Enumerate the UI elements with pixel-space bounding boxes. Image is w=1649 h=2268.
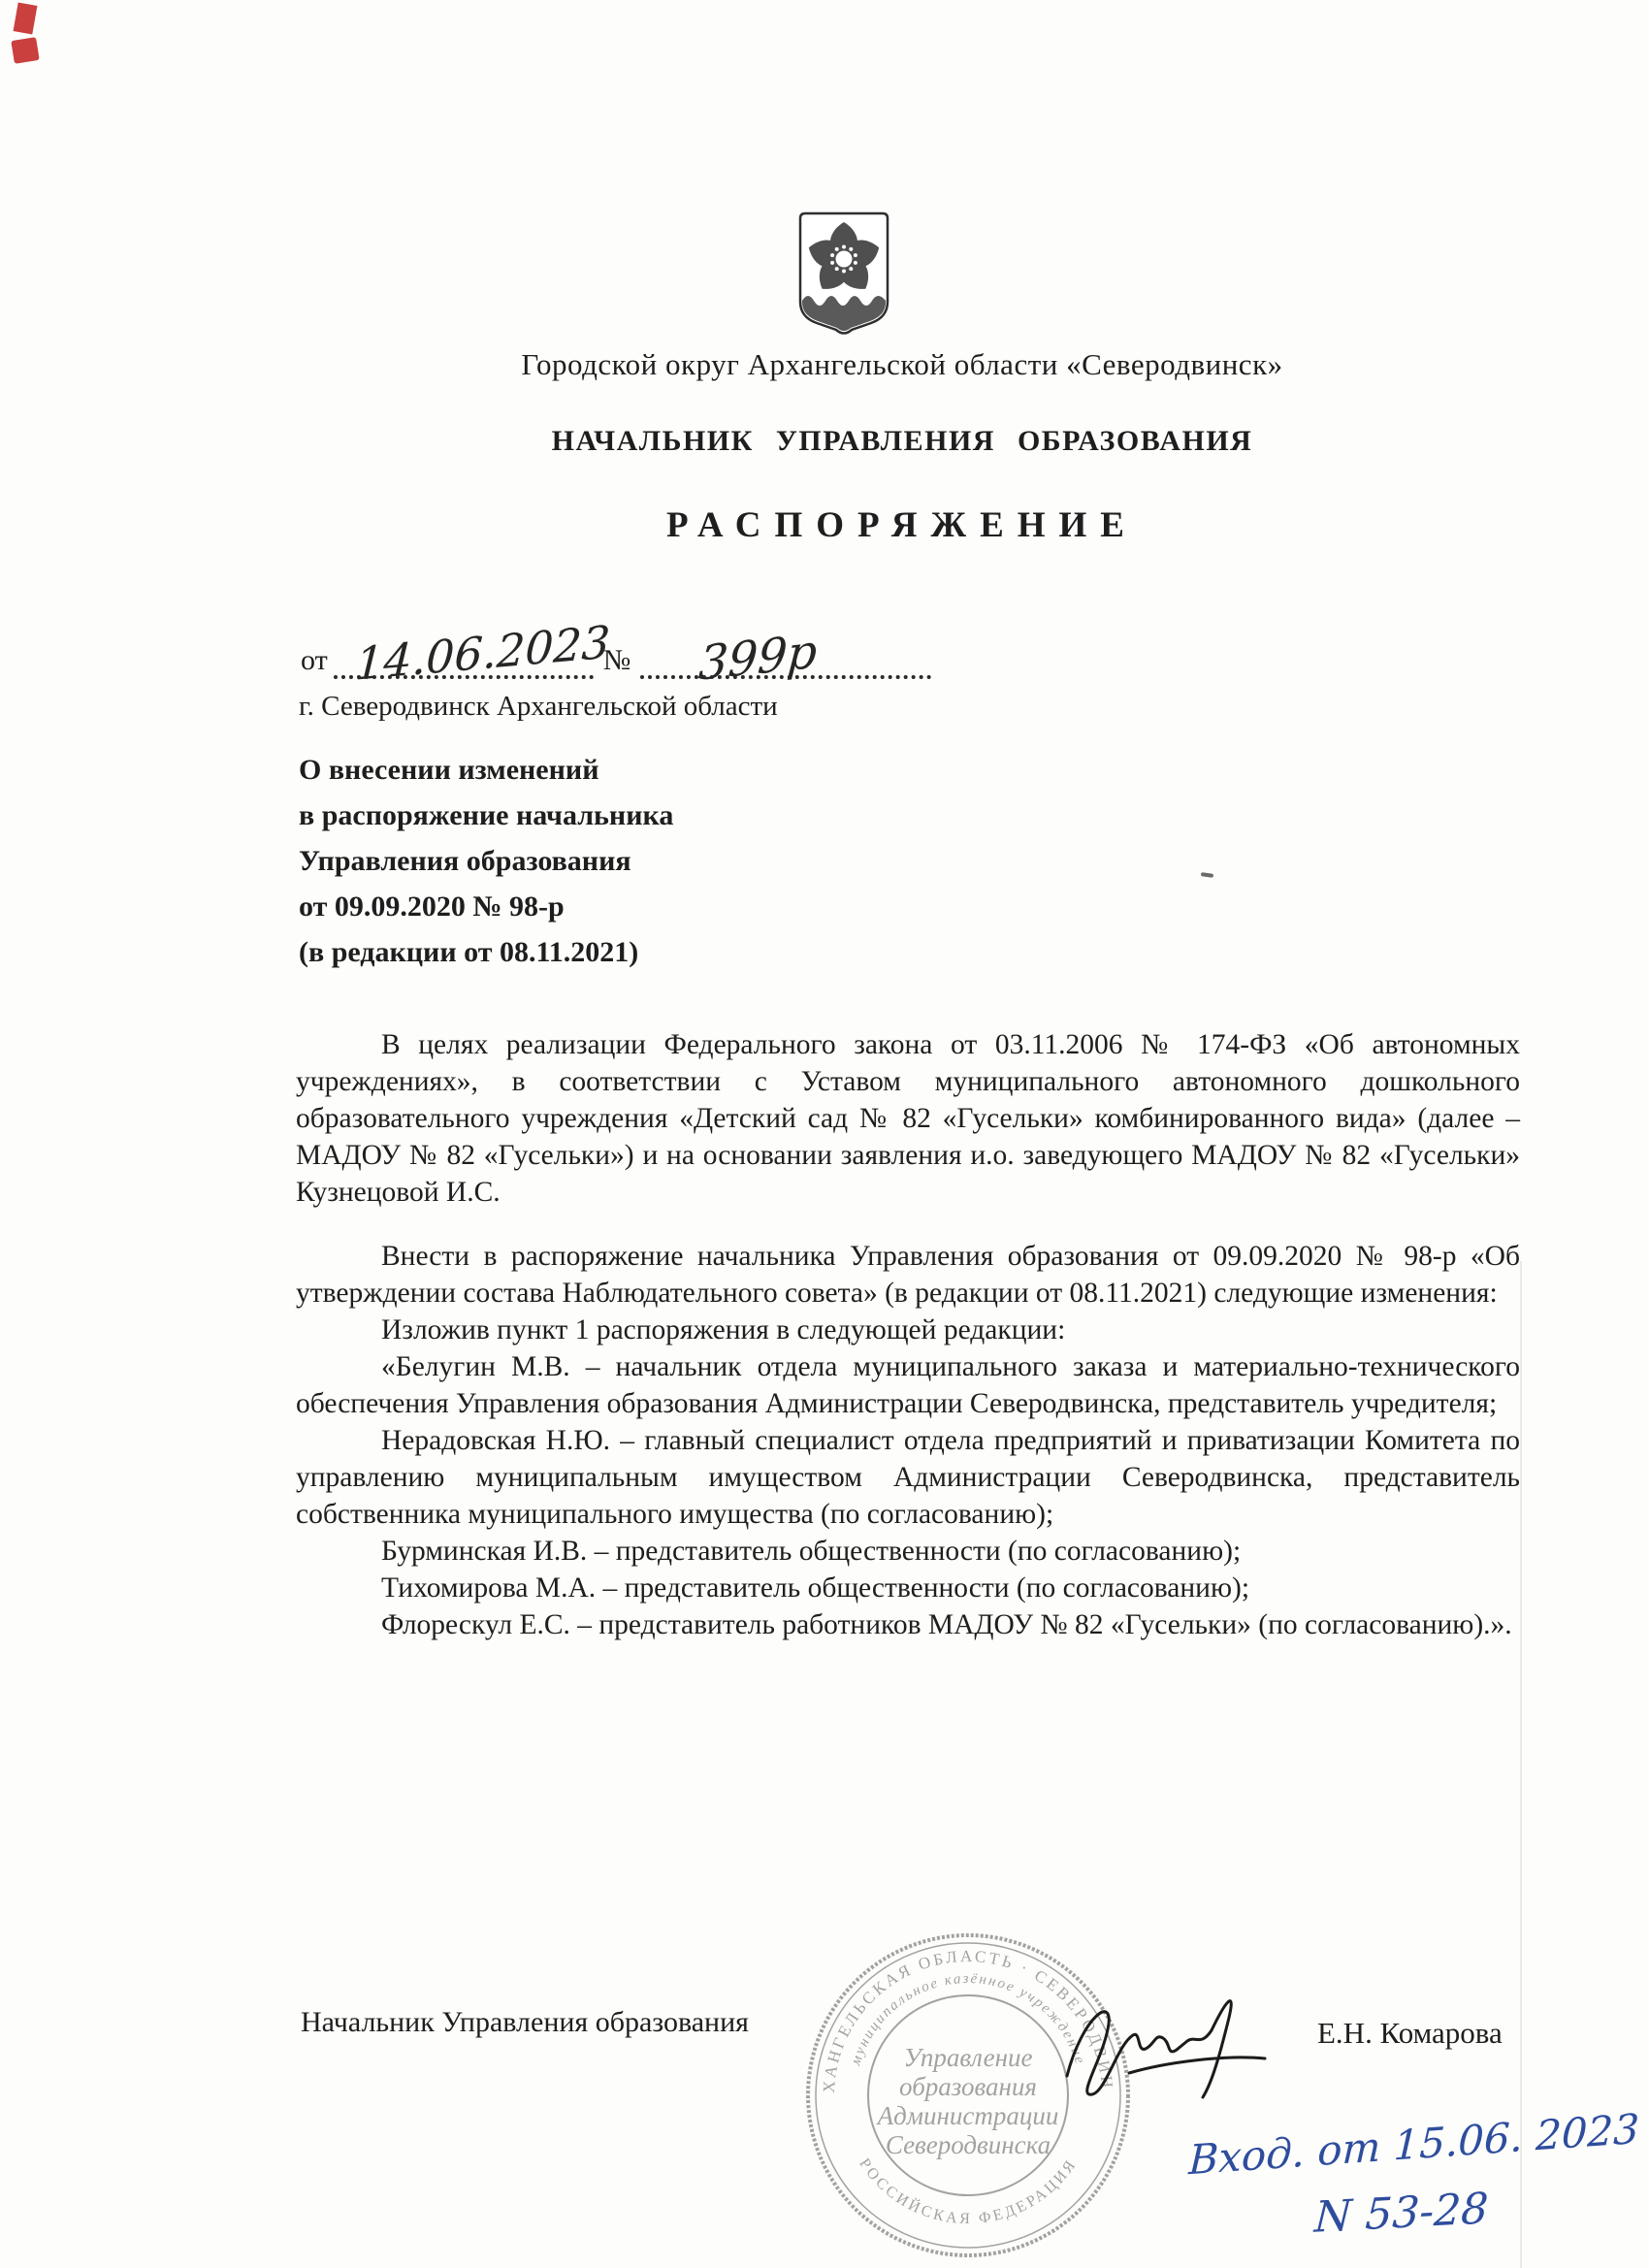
subject-line: в распоряжение начальника <box>299 793 673 838</box>
stamp-center-line: Северодвинска <box>886 2130 1051 2159</box>
body-paragraph: Изложив пункт 1 распоряжения в следующей… <box>296 1312 1520 1348</box>
stamp-ring-bottom-text: РОССИЙСКАЯ ФЕДЕРАЦИЯ <box>856 2155 1080 2227</box>
registration-note-line2: N 53-28 <box>1313 2184 1490 2243</box>
coat-of-arms-icon <box>795 209 892 340</box>
red-scan-artifact <box>11 37 39 64</box>
red-scan-artifact <box>14 2 38 34</box>
body-paragraph: В целях реализации Федерального закона о… <box>296 1026 1520 1211</box>
body-paragraph: Флорескул Е.С. – представитель работнико… <box>296 1606 1520 1643</box>
subject-block: О внесении изменений в распоряжение нача… <box>299 747 673 975</box>
from-label: от <box>301 644 328 679</box>
svg-text:РОССИЙСКАЯ ФЕДЕРАЦИЯ: РОССИЙСКАЯ ФЕДЕРАЦИЯ <box>856 2155 1080 2227</box>
subject-line: (в редакции от 08.11.2021) <box>299 929 673 975</box>
signature-name: Е.Н. Комарова <box>1317 2016 1503 2051</box>
body-paragraph: Нерадовская Н.Ю. – главный специалист от… <box>296 1422 1520 1533</box>
stamp-center-line: образования <box>899 2072 1037 2101</box>
body-paragraph: «Белугин М.В. – начальник отдела муницип… <box>296 1348 1520 1422</box>
handwritten-number: 399р <box>697 624 820 692</box>
document-page: Городской округ Архангельской области «С… <box>0 0 1649 2268</box>
signature-position-title: Начальник Управления образования <box>301 2006 749 2039</box>
subject-line: Управления образования <box>299 838 673 884</box>
body-paragraph: Внести в распоряжение начальника Управле… <box>296 1238 1520 1312</box>
number-dotted-line: 399р <box>640 617 931 679</box>
body-paragraph: Бурминская И.В. – представитель обществе… <box>296 1533 1520 1570</box>
subject-line: О внесении изменений <box>299 747 673 793</box>
date-number-line: от14.06.2023№399р <box>301 617 931 689</box>
stamp-center-line: Администрации <box>876 2101 1059 2130</box>
date-dotted-line: 14.06.2023 <box>334 617 594 679</box>
body-text: В целях реализации Федерального закона о… <box>296 1026 1520 1643</box>
scan-dash-artifact <box>1201 872 1213 878</box>
place-line: г. Северодвинск Архангельской области <box>299 691 778 723</box>
handwritten-signature <box>1040 1979 1321 2120</box>
document-type-title: РАСПОРЯЖЕНИЕ <box>155 504 1649 546</box>
subject-line: от 09.09.2020 № 98-р <box>299 884 673 929</box>
authority-title: НАЧАЛЬНИК УПРАВЛЕНИЯ ОБРАЗОВАНИЯ <box>155 425 1649 458</box>
org-name: Городской округ Архангельской области «С… <box>155 347 1649 382</box>
handwritten-date: 14.06.2023 <box>354 615 611 690</box>
body-paragraph: Тихомирова М.А. – представитель обществе… <box>296 1570 1520 1606</box>
stamp-center-line: Управление <box>904 2043 1033 2072</box>
